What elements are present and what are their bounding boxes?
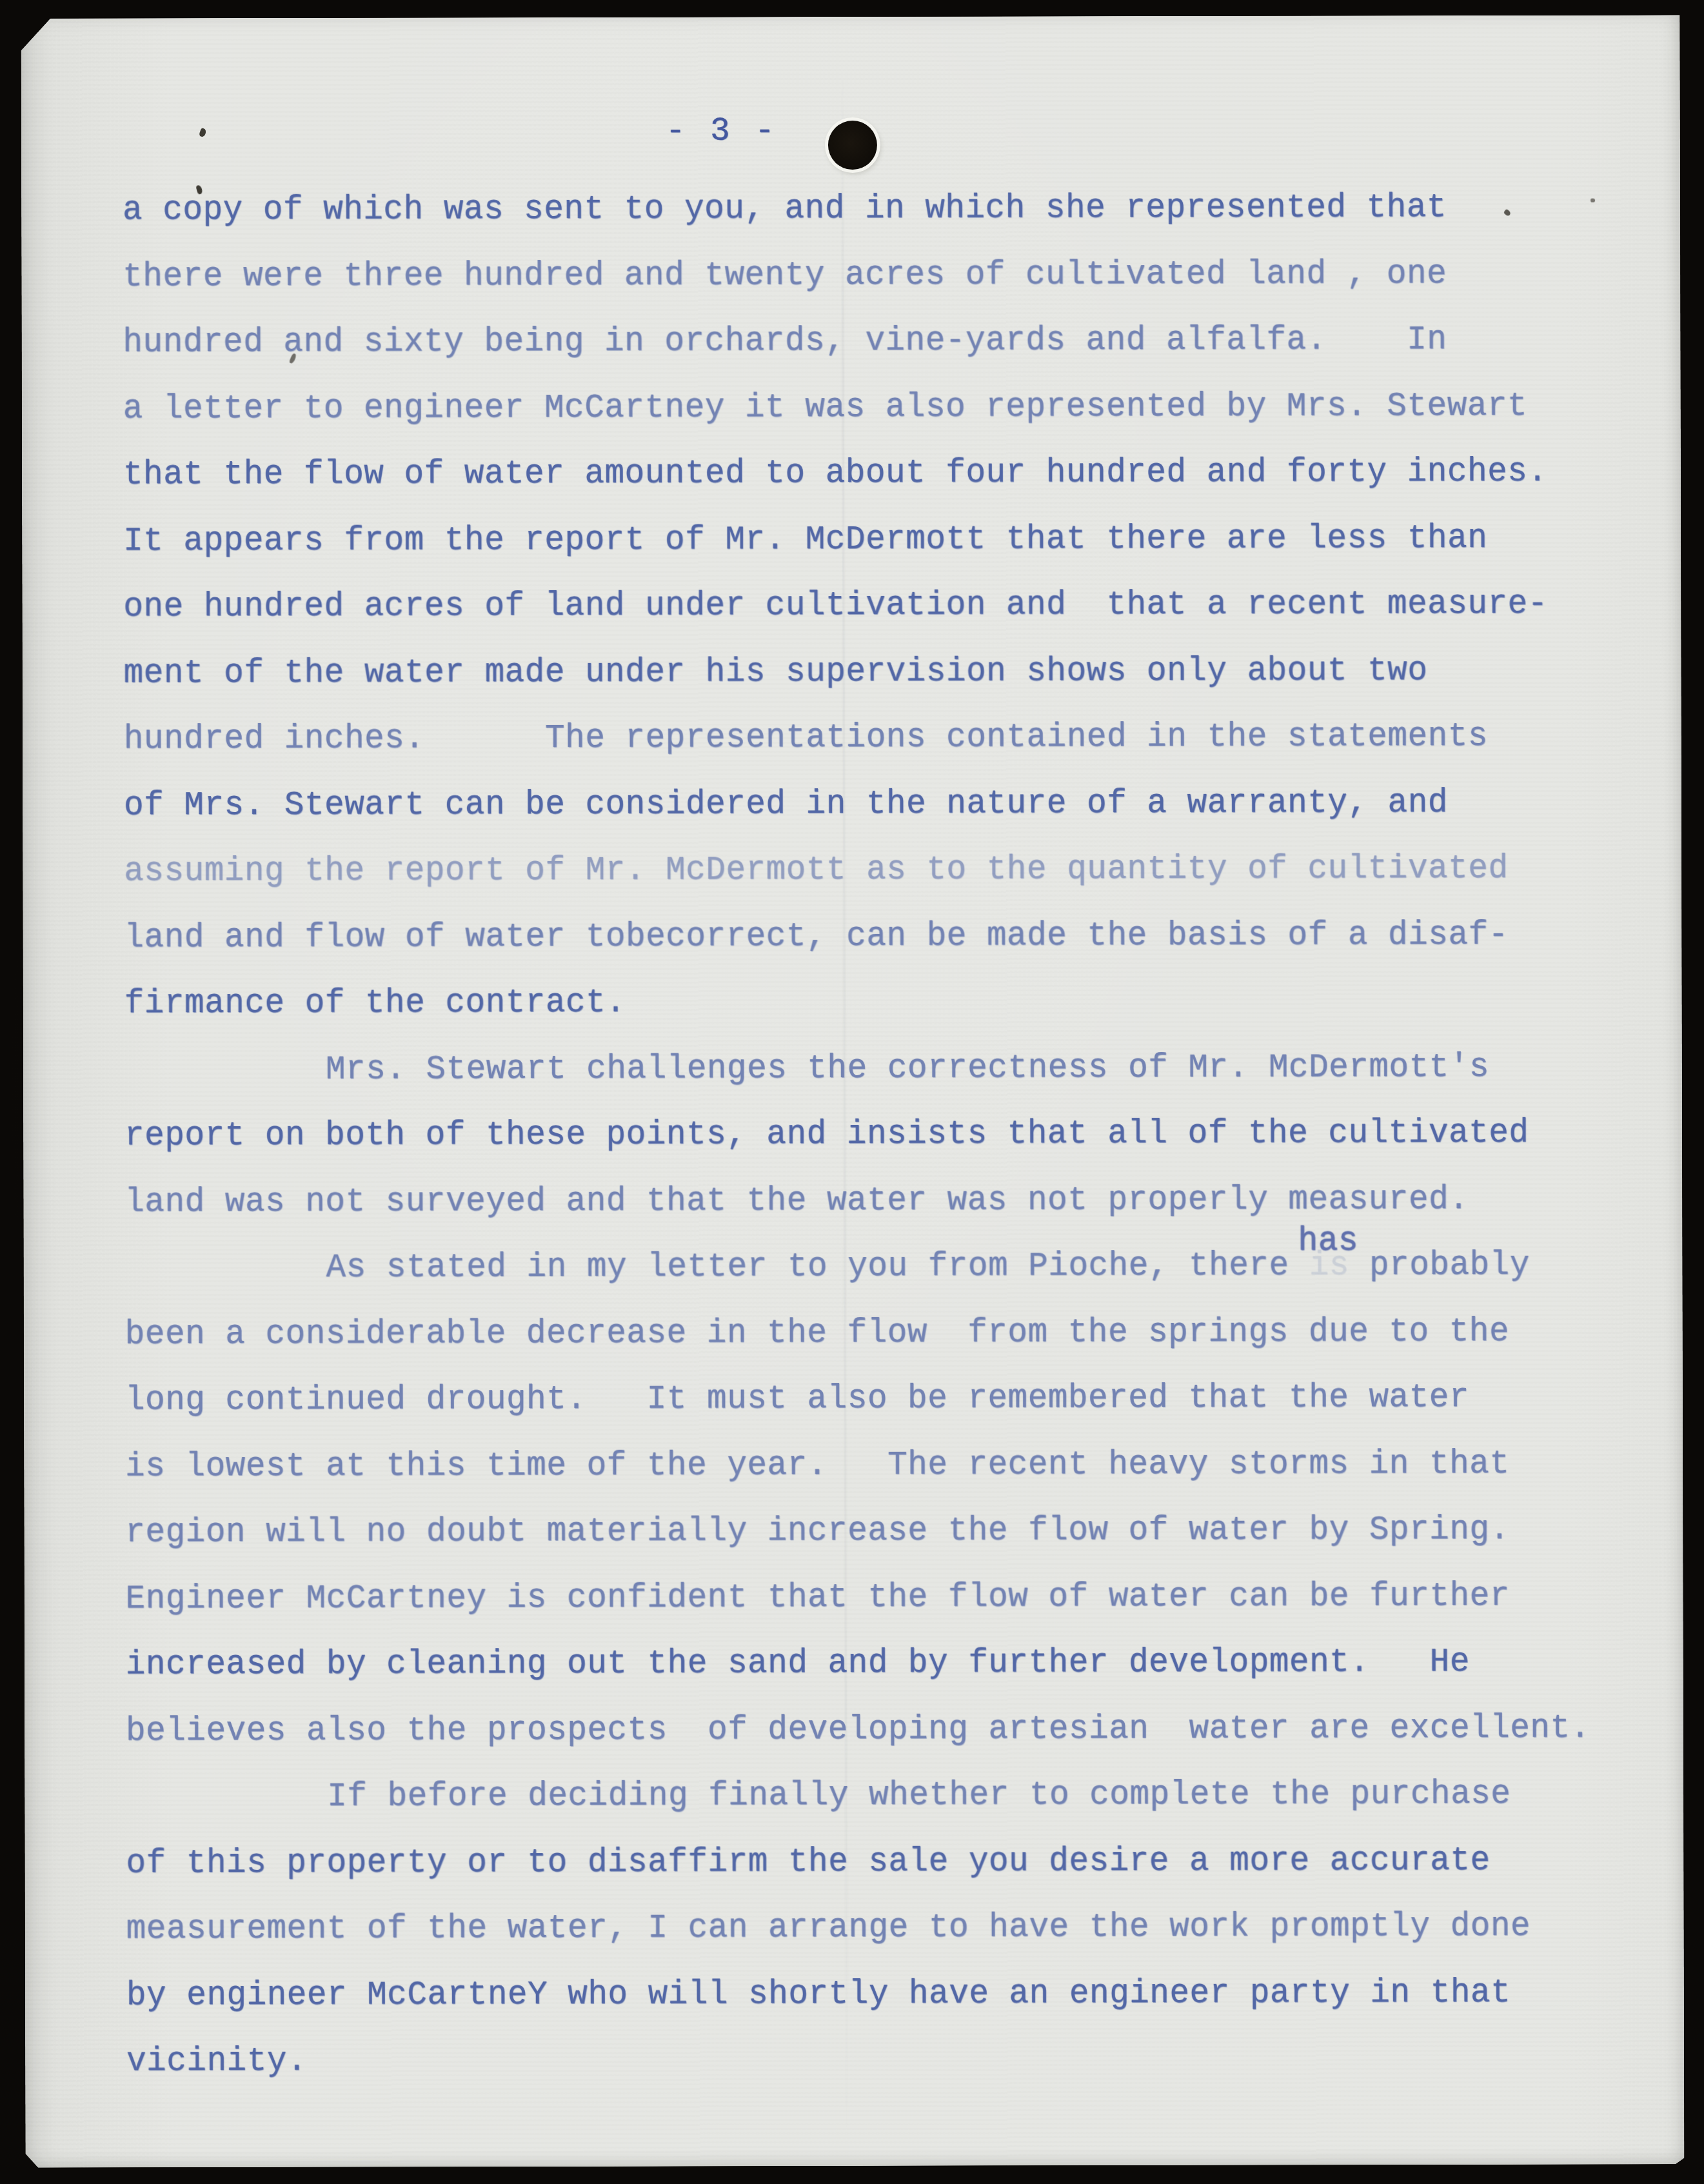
punch-hole: [828, 121, 877, 170]
text-line: report on both of these points, and insi…: [124, 1100, 1627, 1169]
text-line: region will no doubt materially increase…: [125, 1497, 1628, 1566]
text-line: a letter to engineer McCartney it was al…: [123, 373, 1626, 442]
text-line: If before deciding finally whether to co…: [126, 1762, 1629, 1831]
text-line: Engineer McCartney is confident that the…: [126, 1564, 1629, 1633]
text-line: is lowest at this time of the year. The …: [125, 1431, 1628, 1500]
text-line: As stated in my letter to you from Pioch…: [124, 1233, 1627, 1302]
text-line: believes also the prospects of developin…: [126, 1696, 1629, 1765]
paper-speck: [1590, 199, 1595, 203]
document-page: - 3 - a copy of which was sent to you, a…: [21, 15, 1685, 2167]
text-line: ment of the water made under his supervi…: [124, 638, 1627, 707]
text-line: been a considerable decrease in the flow…: [125, 1299, 1628, 1368]
text-line: hundred inches. The representations cont…: [124, 704, 1627, 773]
document-lines: a copy of which was sent to you, and in …: [123, 175, 1629, 2095]
text-line: of Mrs. Stewart can be considered in the…: [124, 770, 1627, 839]
text-line: assuming the report of Mr. McDermott as …: [124, 836, 1627, 905]
paper-speck: [199, 128, 207, 137]
text-line: It appears from the report of Mr. McDerm…: [123, 506, 1626, 575]
text-line: firmance of the contract.: [124, 968, 1627, 1037]
scan-background: - 3 - a copy of which was sent to you, a…: [0, 0, 1704, 2184]
text-line: measurement of the water, I can arrange …: [126, 1894, 1629, 1963]
text-line: land was not surveyed and that the water…: [124, 1167, 1627, 1236]
text-line: by engineer McCartneY who will shortly h…: [126, 1960, 1629, 2029]
text-line: increased by cleaning out the sand and b…: [126, 1629, 1629, 1698]
text-line: a copy of which was sent to you, and in …: [123, 175, 1625, 244]
inserted-word: has: [1298, 1209, 1358, 1275]
text-line: Mrs. Stewart challenges the correctness …: [124, 1035, 1627, 1104]
text-line: of this property or to disaffirm the sal…: [126, 1828, 1629, 1897]
text-line: one hundred acres of land under cultivat…: [123, 571, 1626, 640]
text-line: land and flow of water tobecorrect, can …: [124, 902, 1627, 971]
text-line: vicinity.: [126, 2026, 1629, 2095]
page-number: - 3 -: [666, 115, 777, 148]
text-line: that the flow of water amounted to about…: [123, 439, 1626, 508]
text-line: hundred and sixty being in orchards, vin…: [123, 307, 1625, 376]
text-line: long continued drought. It must also be …: [125, 1365, 1628, 1434]
text-line: there were three hundred and twenty acre…: [123, 241, 1625, 310]
